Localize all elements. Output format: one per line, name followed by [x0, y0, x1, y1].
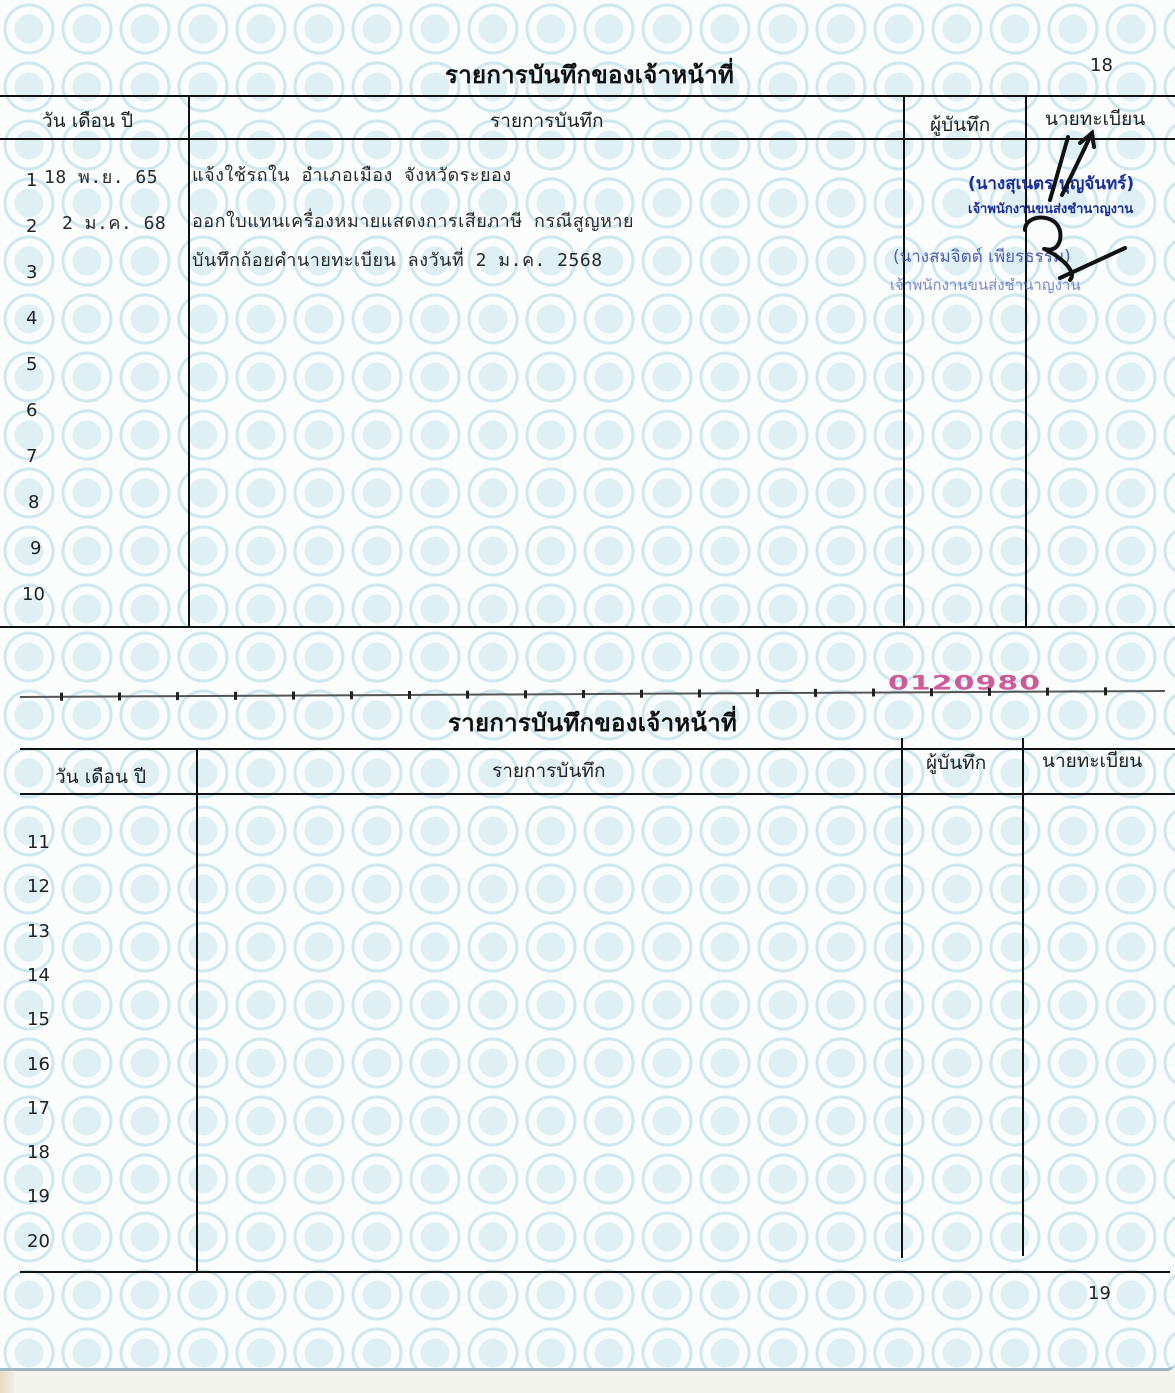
page-number: 18 — [1090, 55, 1113, 76]
row-number: 14 — [27, 965, 50, 986]
row-number: 13 — [27, 921, 50, 942]
row-number: 18 — [27, 1142, 50, 1163]
column-divider — [188, 95, 190, 628]
row-number: 11 — [27, 832, 50, 853]
perforation-tick — [350, 691, 353, 699]
perforation-tick — [60, 693, 63, 701]
row-number: 5 — [26, 354, 37, 375]
header-entry: รายการบันทึก — [492, 756, 605, 786]
column-divider — [901, 738, 903, 1258]
header-date: วัน เดือน ปี — [42, 106, 133, 136]
row-number: 3 — [26, 262, 37, 283]
row-number: 7 — [26, 446, 37, 467]
row-number: 6 — [26, 400, 37, 421]
signature-1-icon — [1020, 125, 1100, 205]
row-number: 19 — [27, 1186, 50, 1207]
page-title: รายการบันทึกของเจ้าหน้าที่ — [445, 55, 734, 94]
row-number: 16 — [27, 1054, 50, 1075]
perforation-tick — [930, 688, 933, 696]
header-entry: รายการบันทึก — [490, 106, 603, 136]
perforation-tick — [582, 690, 585, 698]
header-registrar: นายทะเบียน — [1042, 746, 1142, 776]
header-recorder: ผู้บันทึก — [926, 748, 986, 778]
perforation-tick — [176, 692, 179, 700]
perforation-tick — [814, 689, 817, 697]
entry-1-date: 18 พ.ย. 65 — [44, 162, 158, 191]
perforation-tick — [872, 689, 875, 697]
row-number: 4 — [26, 308, 37, 329]
perforation-tick — [292, 692, 295, 700]
table-bottom-border — [20, 1271, 1170, 1273]
perforation-tick — [756, 689, 759, 697]
perforation-tick — [118, 692, 121, 700]
row-number: 17 — [27, 1098, 50, 1119]
signature-2-icon — [1015, 210, 1130, 285]
header-bottom-border — [0, 138, 1175, 140]
column-divider — [903, 95, 905, 628]
row-number: 1 — [26, 170, 37, 191]
perforation-tick — [640, 690, 643, 698]
entry-3-text: บันทึกถ้อยคำนายทะเบียน ลงวันที่ 2 ม.ค. 2… — [192, 245, 603, 274]
header-recorder: ผู้บันทึก — [930, 110, 990, 140]
column-divider — [1022, 738, 1024, 1256]
entry-2-text: ออกใบแทนเครื่องหมายแสดงการเสียภาษี กรณีส… — [192, 206, 634, 235]
perforation-tick — [1046, 688, 1049, 696]
table-top-border — [0, 95, 1175, 97]
table-top-border — [20, 748, 1175, 750]
page-title: รายการบันทึกของเจ้าหน้าที่ — [448, 703, 737, 742]
perforation-tick — [408, 691, 411, 699]
page-number: 19 — [1088, 1283, 1111, 1304]
perforation-tick — [466, 691, 469, 699]
perforation-tick — [988, 688, 991, 696]
row-number: 9 — [30, 538, 41, 559]
perforation-tick — [234, 692, 237, 700]
row-number: 10 — [22, 584, 45, 605]
perforation-tick — [1104, 687, 1107, 695]
header-bottom-border — [20, 793, 1175, 795]
entry-2-date: 2 ม.ค. 68 — [62, 208, 166, 237]
row-number: 20 — [27, 1231, 50, 1252]
row-number: 15 — [27, 1009, 50, 1030]
row-number: 2 — [26, 216, 37, 237]
row-number: 12 — [27, 876, 50, 897]
row-number: 8 — [28, 492, 39, 513]
header-date: วัน เดือน ปี — [55, 762, 146, 792]
entry-1-text: แจ้งใช้รถใน อำเภอเมือง จังหวัดระยอง — [192, 160, 512, 189]
perforation-tick — [524, 690, 527, 698]
perforation-tick — [698, 689, 701, 697]
page-18: รายการบันทึกของเจ้าหน้าที่ 18 วัน เดือน … — [0, 0, 1175, 628]
column-divider — [196, 748, 198, 1273]
